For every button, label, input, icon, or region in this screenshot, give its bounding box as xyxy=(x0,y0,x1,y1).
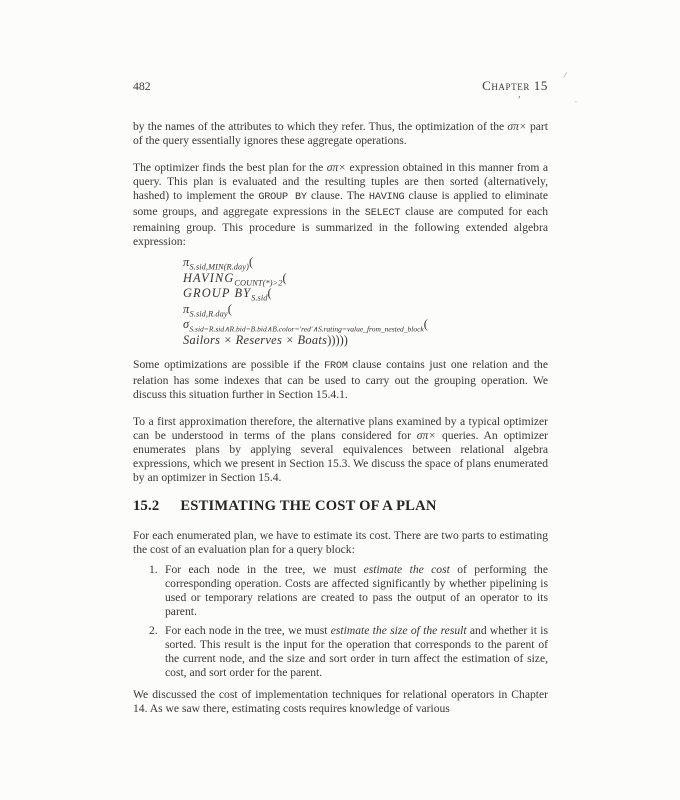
algebra-line: GROUP BYS.sid( xyxy=(183,286,548,302)
paragraph-optimizer-plan: The optimizer finds the best plan for th… xyxy=(133,161,548,249)
list-number: 2. xyxy=(149,624,165,680)
open-paren: ( xyxy=(424,317,428,331)
section-title: ESTIMATING THE COST OF A PLAN xyxy=(180,498,436,515)
algebra-line: Sailors × Reserves × Boats))))) xyxy=(183,333,548,349)
chapter-header: Chapter 15 xyxy=(482,78,548,94)
list-item: 1. For each node in the tree, we must es… xyxy=(133,563,548,619)
algebra-expression: πS.sid,MIN(R.day)( HAVINGCOUNT(*)>2( GRO… xyxy=(183,255,548,348)
paragraph-closing: We discussed the cost of implementation … xyxy=(133,688,548,716)
algebra-line: πS.sid,R.day( xyxy=(183,302,548,318)
section-number: 15.2 xyxy=(133,498,159,515)
close-parens: ))))) xyxy=(327,333,348,347)
list-item-text: For each node in the tree, we must estim… xyxy=(165,624,548,680)
groupby-operator: GROUP BY xyxy=(183,286,251,300)
pen-mark: - xyxy=(574,96,577,106)
operator-subscript: S.sid xyxy=(251,293,267,302)
paragraph-cost-intro: For each enumerated plan, we have to est… xyxy=(133,529,548,557)
list-item-text: For each node in the tree, we must estim… xyxy=(165,563,548,619)
having-operator: HAVING xyxy=(183,271,234,285)
pen-mark: / xyxy=(563,70,568,80)
algebra-line: HAVINGCOUNT(*)>2( xyxy=(183,271,548,287)
book-page: / , - 482 Chapter 15 by the names of the… xyxy=(0,0,680,800)
open-paren: ( xyxy=(228,302,232,316)
page-content: 482 Chapter 15 by the names of the attri… xyxy=(133,78,548,716)
list-number: 1. xyxy=(149,563,165,619)
paragraph-aggregate-intro: by the names of the attributes to which … xyxy=(133,120,548,148)
running-head: 482 Chapter 15 xyxy=(133,78,548,94)
section-heading: 15.2 ESTIMATING THE COST OF A PLAN xyxy=(133,498,548,515)
page-number: 482 xyxy=(133,79,151,94)
paragraph-approximation: To a first approximation therefore, the … xyxy=(133,415,548,485)
paragraph-from-optimizations: Some optimizations are possible if the F… xyxy=(133,358,548,402)
algebra-line: πS.sid,MIN(R.day)( xyxy=(183,255,548,271)
open-paren: ( xyxy=(249,255,253,269)
relations-product: Sailors × Reserves × Boats xyxy=(183,333,327,347)
open-paren: ( xyxy=(268,286,272,300)
numbered-list: 1. For each node in the tree, we must es… xyxy=(133,563,548,680)
open-paren: ( xyxy=(283,271,287,285)
list-item: 2. For each node in the tree, we must es… xyxy=(133,624,548,680)
algebra-line: σS.sid=R.sid∧R.bid=B.bid∧B.color='red'∧S… xyxy=(183,317,548,333)
